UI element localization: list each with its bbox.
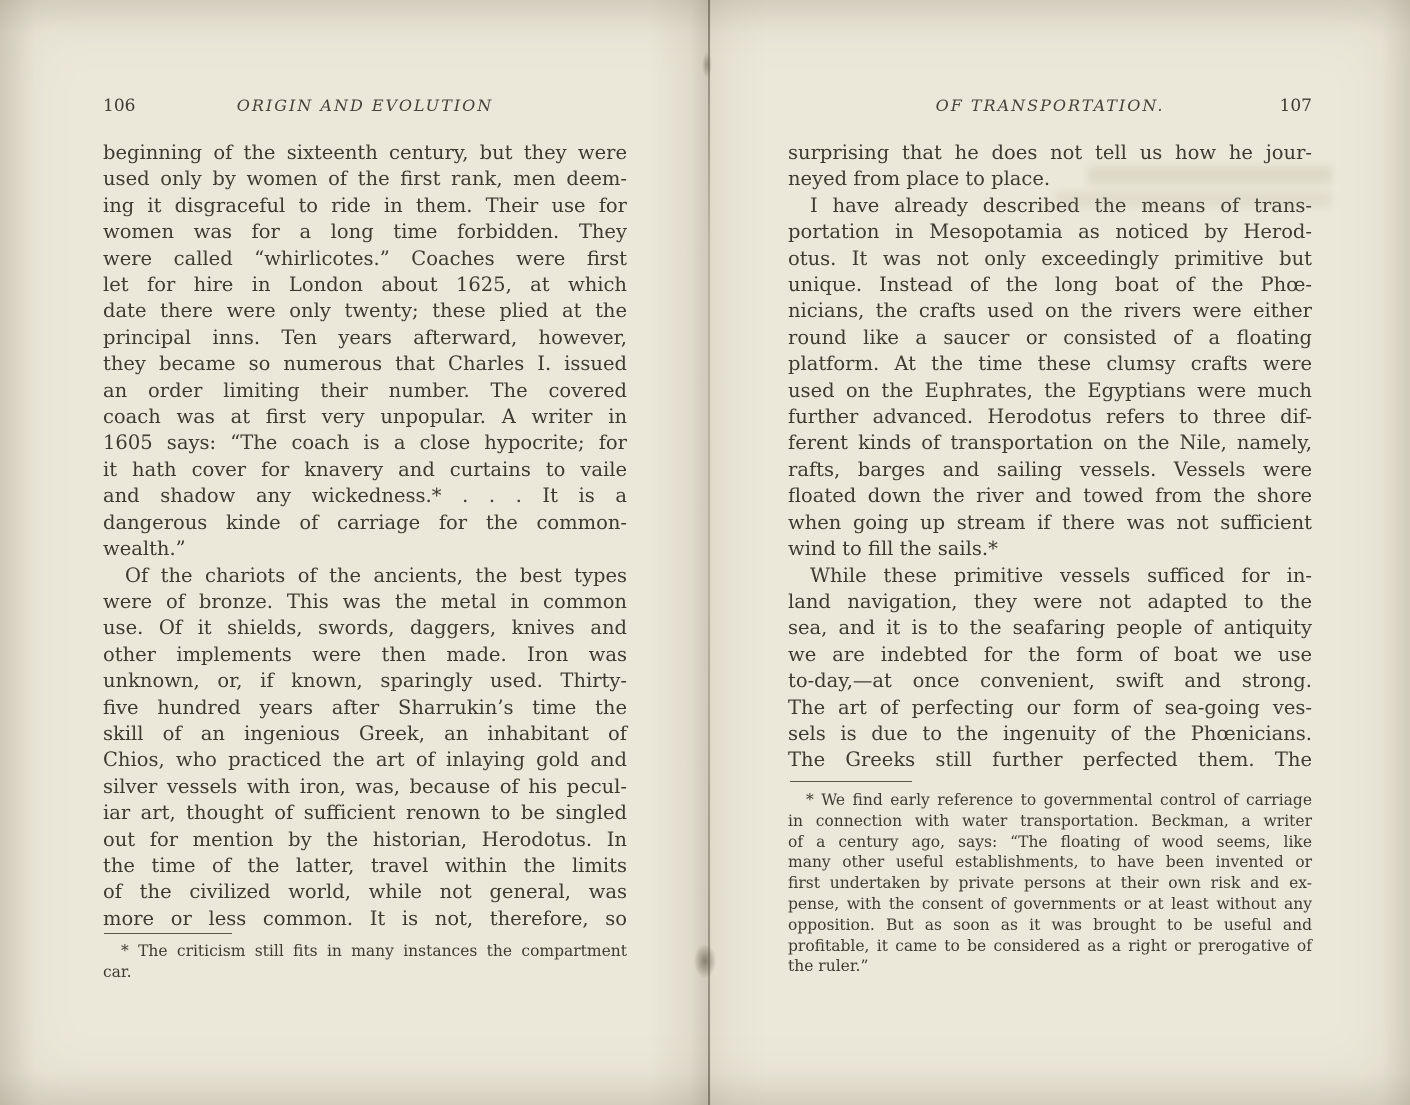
text-line: more or less common. It is not, therefor…	[103, 906, 627, 932]
text-line: used only by women of the first rank, me…	[103, 166, 627, 192]
text-line: Chios, who practiced the art of inlaying…	[103, 747, 627, 773]
text-line: five hundred years after Sharrukin’s tim…	[103, 695, 627, 721]
text-line: let for hire in London about 1625, at wh…	[103, 272, 627, 298]
text-line: we are indebted for the form of boat we …	[788, 642, 1312, 668]
running-head-left: ORIGIN AND EVOLUTION	[103, 96, 627, 115]
right-page-footnote: * We find early reference to governmenta…	[788, 790, 1312, 977]
text-line: car.	[103, 962, 627, 983]
right-page-body-text: surprising that he does not tell us how …	[788, 140, 1312, 774]
text-line: dangerous kinde of carriage for the comm…	[103, 510, 627, 536]
text-line: 1605 says: “The coach is a close hypocri…	[103, 430, 627, 456]
left-page-footnote: * The criticism still fits in many insta…	[103, 941, 627, 983]
text-line: first undertaken by private persons at t…	[788, 873, 1312, 894]
text-line: opposition. But as soon as it was brough…	[788, 915, 1312, 936]
text-line: ing it disgraceful to ride in them. Thei…	[103, 193, 627, 219]
footnote-rule-left	[104, 933, 232, 934]
text-line: many other useful establishments, to hav…	[788, 852, 1312, 873]
page-number-right: 107	[1280, 96, 1312, 116]
text-line: skill of an ingenious Greek, an inhabita…	[103, 721, 627, 747]
text-line: nicians, the crafts used on the rivers w…	[788, 298, 1312, 324]
text-line: portation in Mesopotamia as noticed by H…	[788, 219, 1312, 245]
text-line: the ruler.”	[788, 956, 1312, 977]
text-line: principal inns. Ten years afterward, how…	[103, 325, 627, 351]
text-line: surprising that he does not tell us how …	[788, 140, 1312, 166]
book-scan: 106 ORIGIN AND EVOLUTION OF TRANSPORTATI…	[0, 0, 1410, 1105]
text-line: Of the chariots of the ancients, the bes…	[103, 563, 627, 589]
text-line: when going up stream if there was not su…	[788, 510, 1312, 536]
left-page-header: 106 ORIGIN AND EVOLUTION	[103, 96, 627, 118]
text-line: floated down the river and towed from th…	[788, 483, 1312, 509]
text-line: beginning of the sixteenth century, but …	[103, 140, 627, 166]
text-line: out for mention by the historian, Herodo…	[103, 827, 627, 853]
running-head-right: OF TRANSPORTATION.	[788, 96, 1312, 115]
text-line: * We find early reference to governmenta…	[788, 790, 1312, 811]
spine-blemish	[702, 52, 712, 78]
text-line: were of bronze. This was the metal in co…	[103, 589, 627, 615]
text-line: of a century ago, says: “The floating of…	[788, 832, 1312, 853]
text-line: an order limiting their number. The cove…	[103, 378, 627, 404]
text-line: I have already described the means of tr…	[788, 193, 1312, 219]
text-line: unique. Instead of the long boat of the …	[788, 272, 1312, 298]
text-line: and shadow any wickedness.* . . . It is …	[103, 483, 627, 509]
spine-blemish	[694, 944, 716, 978]
text-line: otus. It was not only exceedingly primit…	[788, 246, 1312, 272]
text-line: platform. At the time these clumsy craft…	[788, 351, 1312, 377]
text-line: date there were only twenty; these plied…	[103, 298, 627, 324]
text-line: used on the Euphrates, the Egyptians wer…	[788, 378, 1312, 404]
footnote-rule-right	[790, 781, 912, 782]
text-line: other implements were then made. Iron wa…	[103, 642, 627, 668]
text-line: women was for a long time forbidden. The…	[103, 219, 627, 245]
text-line: rafts, barges and sailing vessels. Vesse…	[788, 457, 1312, 483]
text-line: further advanced. Herodotus refers to th…	[788, 404, 1312, 430]
text-line: ferent kinds of transportation on the Ni…	[788, 430, 1312, 456]
text-line: sels is due to the ingenuity of the Phœn…	[788, 721, 1312, 747]
text-line: use. Of it shields, swords, daggers, kni…	[103, 615, 627, 641]
text-line: of the civilized world, while not genera…	[103, 879, 627, 905]
text-line: it hath cover for knavery and curtains t…	[103, 457, 627, 483]
text-line: The art of perfecting our form of sea-go…	[788, 695, 1312, 721]
text-line: * The criticism still fits in many insta…	[103, 941, 627, 962]
text-line: While these primitive vessels sufficed f…	[788, 563, 1312, 589]
text-line: in connection with water transportation.…	[788, 811, 1312, 832]
text-line: land navigation, they were not adapted t…	[788, 589, 1312, 615]
text-line: were called “whirlicotes.” Coaches were …	[103, 246, 627, 272]
text-line: pense, with the consent of governments o…	[788, 894, 1312, 915]
text-line: profitable, it came to be considered as …	[788, 936, 1312, 957]
text-line: neyed from place to place.	[788, 166, 1312, 192]
text-line: coach was at first very unpopular. A wri…	[103, 404, 627, 430]
text-line: silver vessels with iron, was, because o…	[103, 774, 627, 800]
text-line: the time of the latter, travel within th…	[103, 853, 627, 879]
book-gutter-crease	[708, 0, 710, 1105]
text-line: iar art, thought of sufficient renown to…	[103, 800, 627, 826]
text-line: sea, and it is to the seafaring people o…	[788, 615, 1312, 641]
text-line: wealth.”	[103, 536, 627, 562]
left-page-body-text: beginning of the sixteenth century, but …	[103, 140, 627, 932]
right-page-header: OF TRANSPORTATION. 107	[788, 96, 1312, 118]
text-line: round like a saucer or consisted of a fl…	[788, 325, 1312, 351]
text-line: they became so numerous that Charles I. …	[103, 351, 627, 377]
text-line: to-day,—at once convenient, swift and st…	[788, 668, 1312, 694]
book-gutter-shadow	[648, 0, 768, 1105]
text-line: The Greeks still further perfected them.…	[788, 747, 1312, 773]
text-line: wind to fill the sails.*	[788, 536, 1312, 562]
text-line: unknown, or, if known, sparingly used. T…	[103, 668, 627, 694]
